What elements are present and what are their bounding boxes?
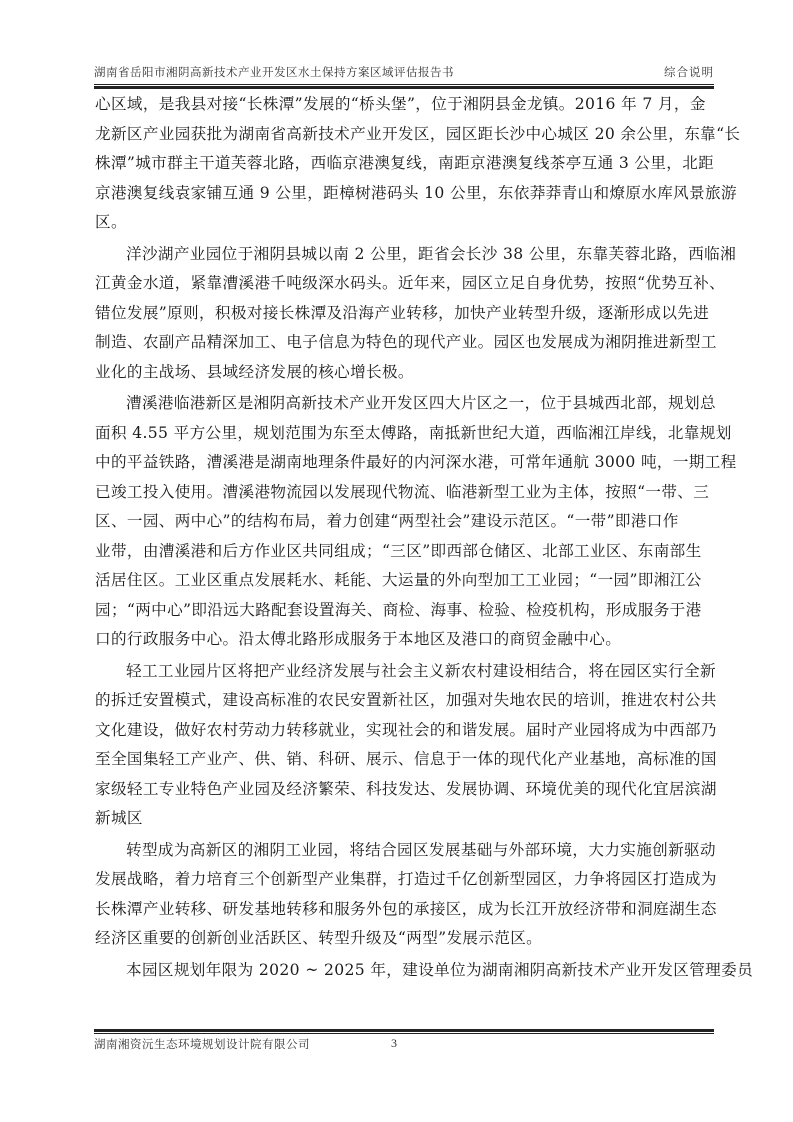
text-line: 本园区规划年限为 2020 ~ 2025 年，建设单位为湖南湘阴高新技术产业开发…: [95, 956, 715, 986]
header-section-name: 综合说明: [664, 64, 714, 80]
text-line: 江黄金水道，紧靠漕溪港千吨级深水码头。近年来，园区立足自身优势，按照“优势互补、: [95, 269, 715, 299]
paragraph: 本园区规划年限为 2020 ~ 2025 年，建设单位为湖南湘阴高新技术产业开发…: [95, 956, 715, 986]
text-line: 文化建设，做好农村劳动力转移就业，实现社会的和谐发展。届时产业园将成为中西部乃: [95, 716, 715, 746]
paragraph: 漕溪港临港新区是湘阴高新技术产业开发区四大片区之一，位于县城西北部，规划总面积 …: [95, 389, 715, 655]
header-rule-thin: [94, 84, 714, 85]
text-line: 区、一园、两中心”的结构布局，着力创建“两型社会”建设示范区。“一带”即港口作: [95, 507, 715, 537]
text-line: 业带，由漕溪港和后方作业区共同组成；“三区”即西部仓储区、北部工业区、东南部生: [95, 537, 715, 567]
paragraph: 心区域，是我县对接“长株潭”发展的“桥头堡”，位于湘阴县金龙镇。2016 年 7…: [95, 90, 715, 238]
text-line: 制造、农副产品精深加工、电子信息为特色的现代产业。园区也发展成为湘阴推进新型工: [95, 328, 715, 358]
text-line: 的拆迁安置模式，建设高标准的农民安置新社区，加强对失地农民的培训，推进农村公共: [95, 686, 715, 716]
text-line: 龙新区产业园获批为湖南省高新技术产业开发区，园区距长沙中心城区 20 余公里，东…: [95, 120, 715, 150]
text-line: 心区域，是我县对接“长株潭”发展的“桥头堡”，位于湘阴县金龙镇。2016 年 7…: [95, 90, 715, 120]
text-line: 家级轻工专业特色产业园及经济繁荣、科技发达、发展协调、环境优美的现代化宜居滨湖: [95, 775, 715, 805]
text-line: 至全国集轻工产业产、供、销、科研、展示、信息于一体的现代化产业基地，高标准的国: [95, 745, 715, 775]
footer-rule-thin: [94, 1033, 714, 1034]
footer-company-name: 湖南湘资沅生态环境规划设计院有限公司: [94, 1036, 310, 1052]
text-line: 漕溪港临港新区是湘阴高新技术产业开发区四大片区之一，位于县城西北部，规划总: [95, 389, 715, 419]
paragraph: 洋沙湖产业园位于湘阴县城以南 2 公里，距省会长沙 38 公里，东靠芙蓉北路，西…: [95, 240, 715, 388]
text-line: 中的平益铁路，漕溪港是湖南地理条件最好的内河深水港，可常年通航 3000 吨，一…: [95, 448, 715, 478]
text-line: 经济区重要的创新创业活跃区、转型升级及“两型”发展示范区。: [95, 924, 715, 954]
text-line: 京港澳复线袁家铺互通 9 公里，距樟树港码头 10 公里，东依莽莽青山和燎原水库…: [95, 179, 715, 209]
page-footer: 湖南湘资沅生态环境规划设计院有限公司 3: [94, 1036, 714, 1054]
page-number: 3: [391, 1036, 397, 1051]
text-line: 业化的主战场、县域经济发展的核心增长极。: [95, 358, 715, 388]
text-line: 面积 4.55 平方公里，规划范围为东至太傅路，南抵新世纪大道，西临湘江岸线，北…: [95, 419, 715, 449]
footer-rule-thick: [94, 1029, 714, 1032]
text-line: 新城区: [95, 804, 715, 834]
header-document-title: 湖南省岳阳市湘阴高新技术产业开发区水土保持方案区域评估报告书: [94, 64, 454, 80]
paragraph: 转型成为高新区的湘阴工业园，将结合园区发展基础与外部环境，大力实施创新驱动发展战…: [95, 836, 715, 954]
text-line: 口的行政服务中心。沿太傅北路形成服务于本地区及港口的商贸金融中心。: [95, 625, 715, 655]
document-body: 心区域，是我县对接“长株潭”发展的“桥头堡”，位于湘阴县金龙镇。2016 年 7…: [95, 90, 715, 985]
header-rule-thick: [94, 86, 714, 89]
text-line: 转型成为高新区的湘阴工业园，将结合园区发展基础与外部环境，大力实施创新驱动: [95, 836, 715, 866]
page-header: 湖南省岳阳市湘阴高新技术产业开发区水土保持方案区域评估报告书 综合说明: [94, 64, 714, 82]
text-line: 发展战略，着力培育三个创新型产业集群，打造过千亿创新型园区，力争将园区打造成为: [95, 865, 715, 895]
text-line: 轻工工业园片区将把产业经济发展与社会主义新农村建设相结合，将在园区实行全新: [95, 657, 715, 687]
text-line: 洋沙湖产业园位于湘阴县城以南 2 公里，距省会长沙 38 公里，东靠芙蓉北路，西…: [95, 240, 715, 270]
text-line: 活居住区。工业区重点发展耗水、耗能、大运量的外向型加工工业园；“一园”即湘江公: [95, 566, 715, 596]
text-line: 长株潭产业转移、研发基地转移和服务外包的承接区，成为长江开放经济带和洞庭湖生态: [95, 895, 715, 925]
text-line: 株潭”城市群主干道芙蓉北路，西临京港澳复线，南距京港澳复线茶亭互通 3 公里，北…: [95, 149, 715, 179]
text-line: 园；“两中心”即沿远大路配套设置海关、商检、海事、检验、检疫机构，形成服务于港: [95, 596, 715, 626]
paragraph: 轻工工业园片区将把产业经济发展与社会主义新农村建设相结合，将在园区实行全新的拆迁…: [95, 657, 715, 834]
text-line: 已竣工投入使用。漕溪港物流园以发展现代物流、临港新型工业为主体，按照“一带、三: [95, 478, 715, 508]
text-line: 区。: [95, 208, 715, 238]
text-line: 错位发展”原则，积极对接长株潭及沿海产业转移，加快产业转型升级，逐渐形成以先进: [95, 299, 715, 329]
